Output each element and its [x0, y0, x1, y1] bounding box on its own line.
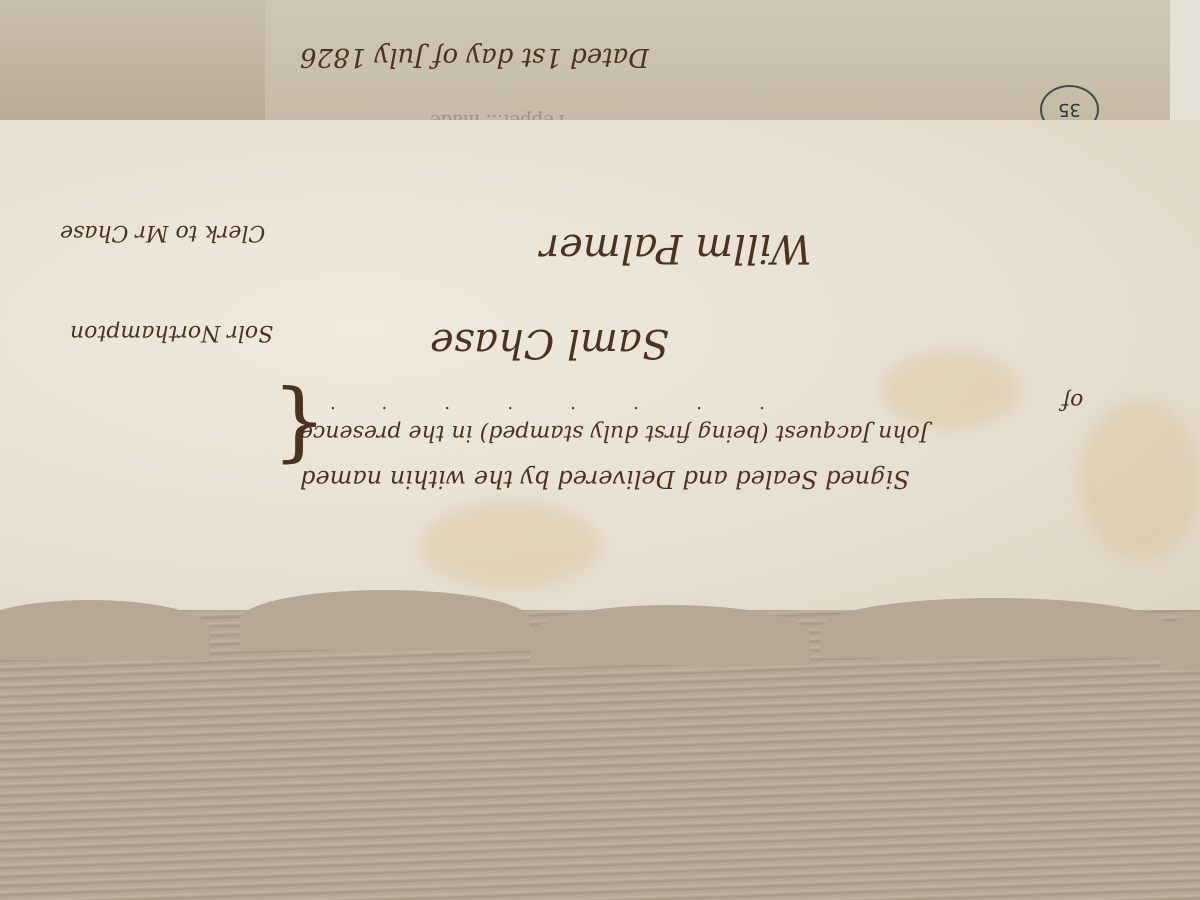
- of-prefix: of: [1062, 388, 1083, 413]
- scallop-edge: [0, 600, 210, 660]
- attestation-line-1: John Jacquest (being first duly stamped)…: [300, 420, 929, 445]
- page-number: 35: [1058, 99, 1081, 120]
- scallop-edge: [240, 590, 530, 650]
- attestation-line-2: Signed Sealed and Delivered by the withi…: [300, 465, 910, 493]
- sheet-fold: [0, 0, 265, 122]
- stain: [420, 500, 600, 590]
- stain: [880, 350, 1020, 430]
- signature-palmer-note: Clerk to Mr Chase: [60, 220, 265, 245]
- stain: [1080, 400, 1200, 560]
- dotted-line: . . . . . . . .: [330, 393, 765, 414]
- scallop-edge: [820, 598, 1170, 658]
- dated-line: Dated 1st day of July 1826: [300, 42, 649, 72]
- signature-chase-note: Solr Northampton: [70, 320, 273, 345]
- signature-palmer: Willm Palmer: [540, 225, 812, 271]
- signature-chase: Saml Chase: [430, 320, 669, 366]
- parchment-sheet: [0, 120, 1200, 640]
- folded-top-sheet: Dated 1st day of July 1826 Pepper... mad…: [0, 0, 1200, 125]
- scallop-edge: [530, 605, 810, 665]
